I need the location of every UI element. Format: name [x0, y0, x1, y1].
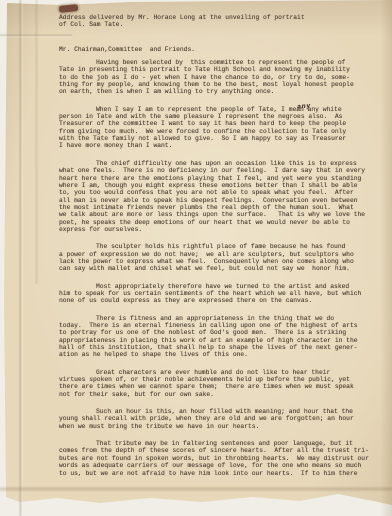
paragraph: When I say I am to represent the people … [59, 106, 375, 150]
text-line: what one feels. There is no deficiency i… [59, 167, 375, 174]
text-line: young shall recall with pride, when they… [59, 415, 375, 422]
paragraph: Great characters are ever humble and do … [59, 369, 375, 398]
text-line: we talk about are more or less things up… [59, 211, 375, 218]
text-line: not for their sake, but for our own sake… [59, 391, 375, 398]
text-line: when we must bring the tribute we have i… [59, 423, 375, 430]
text-line: words as adequate carriers of our messag… [59, 462, 375, 469]
text-line: to us, but we are not afraid to have him… [59, 470, 375, 477]
paragraph: Having been selected by this committee t… [59, 59, 375, 96]
text-line: Tate in presenting this portrait to Tate… [59, 66, 375, 73]
document-header: Address delivered by Mr. Horace Long at … [59, 14, 375, 29]
paragraph: The chief difficulty one has upon an occ… [59, 160, 375, 233]
text-line: When I say I am to represent the people … [59, 106, 375, 113]
salutation: Mr. Chairman,Committee and Friends. [59, 46, 375, 53]
text-line: I have more money than I want. [59, 142, 375, 149]
header-line: of Col. Sam Tate. [59, 21, 375, 28]
text-line: appropriateness in placing this work of … [59, 337, 375, 344]
text-line: to portray for us one of the noblest of … [59, 329, 375, 336]
paragraph: That tribute may be in faltering sentenc… [59, 440, 375, 477]
text-line: to do the job as I do - yet when I have … [59, 74, 375, 81]
paragraph: The sculpter holds his rightful place of… [59, 243, 375, 272]
text-line: on earth, then is when I am willing to t… [59, 88, 375, 95]
paragraph: Such an hour is this, an hour filled wit… [59, 408, 375, 430]
text-line: comes from the depth of these scores of … [59, 447, 375, 454]
text-line: all man is never able to speak his deepe… [59, 197, 375, 204]
typed-text-block: Address delivered by Mr. Horace Long at … [59, 14, 375, 477]
text-line: a power of expression we do not have; we… [59, 251, 375, 258]
text-line: poet, he speaks the deep emotions of our… [59, 219, 375, 226]
text-line: ation as he helped to shape the lives of… [59, 351, 375, 358]
text-line: none of us could express as they are exp… [59, 297, 375, 304]
document-body: Having been selected by this committee t… [59, 59, 375, 477]
text-line: can say with mallet and chisel what we f… [59, 265, 375, 272]
text-line: The sculpter holds his rightful place of… [59, 243, 375, 250]
text-line: there are times when we cannot spare the… [59, 383, 375, 390]
paragraph: Most appropriately therefore have we tur… [59, 283, 375, 305]
text-line: Great characters are ever humble and do … [59, 369, 375, 376]
paragraph: There is fitness and an appropriateness … [59, 315, 375, 359]
text-line: Most appropriately therefore have we tur… [59, 283, 375, 290]
text-line: Treasurer of the committee I want to say… [59, 120, 375, 127]
scanned-document: Address delivered by Mr. Horace Long at … [0, 0, 392, 516]
handwritten-correction: any [297, 102, 311, 110]
text-line: to, you too would confess that you are n… [59, 189, 375, 196]
text-line: express for ourselves. [59, 226, 375, 233]
text-line: There is fitness and an appropriateness … [59, 315, 375, 322]
text-line: heart here there are the emotions playin… [59, 175, 375, 182]
